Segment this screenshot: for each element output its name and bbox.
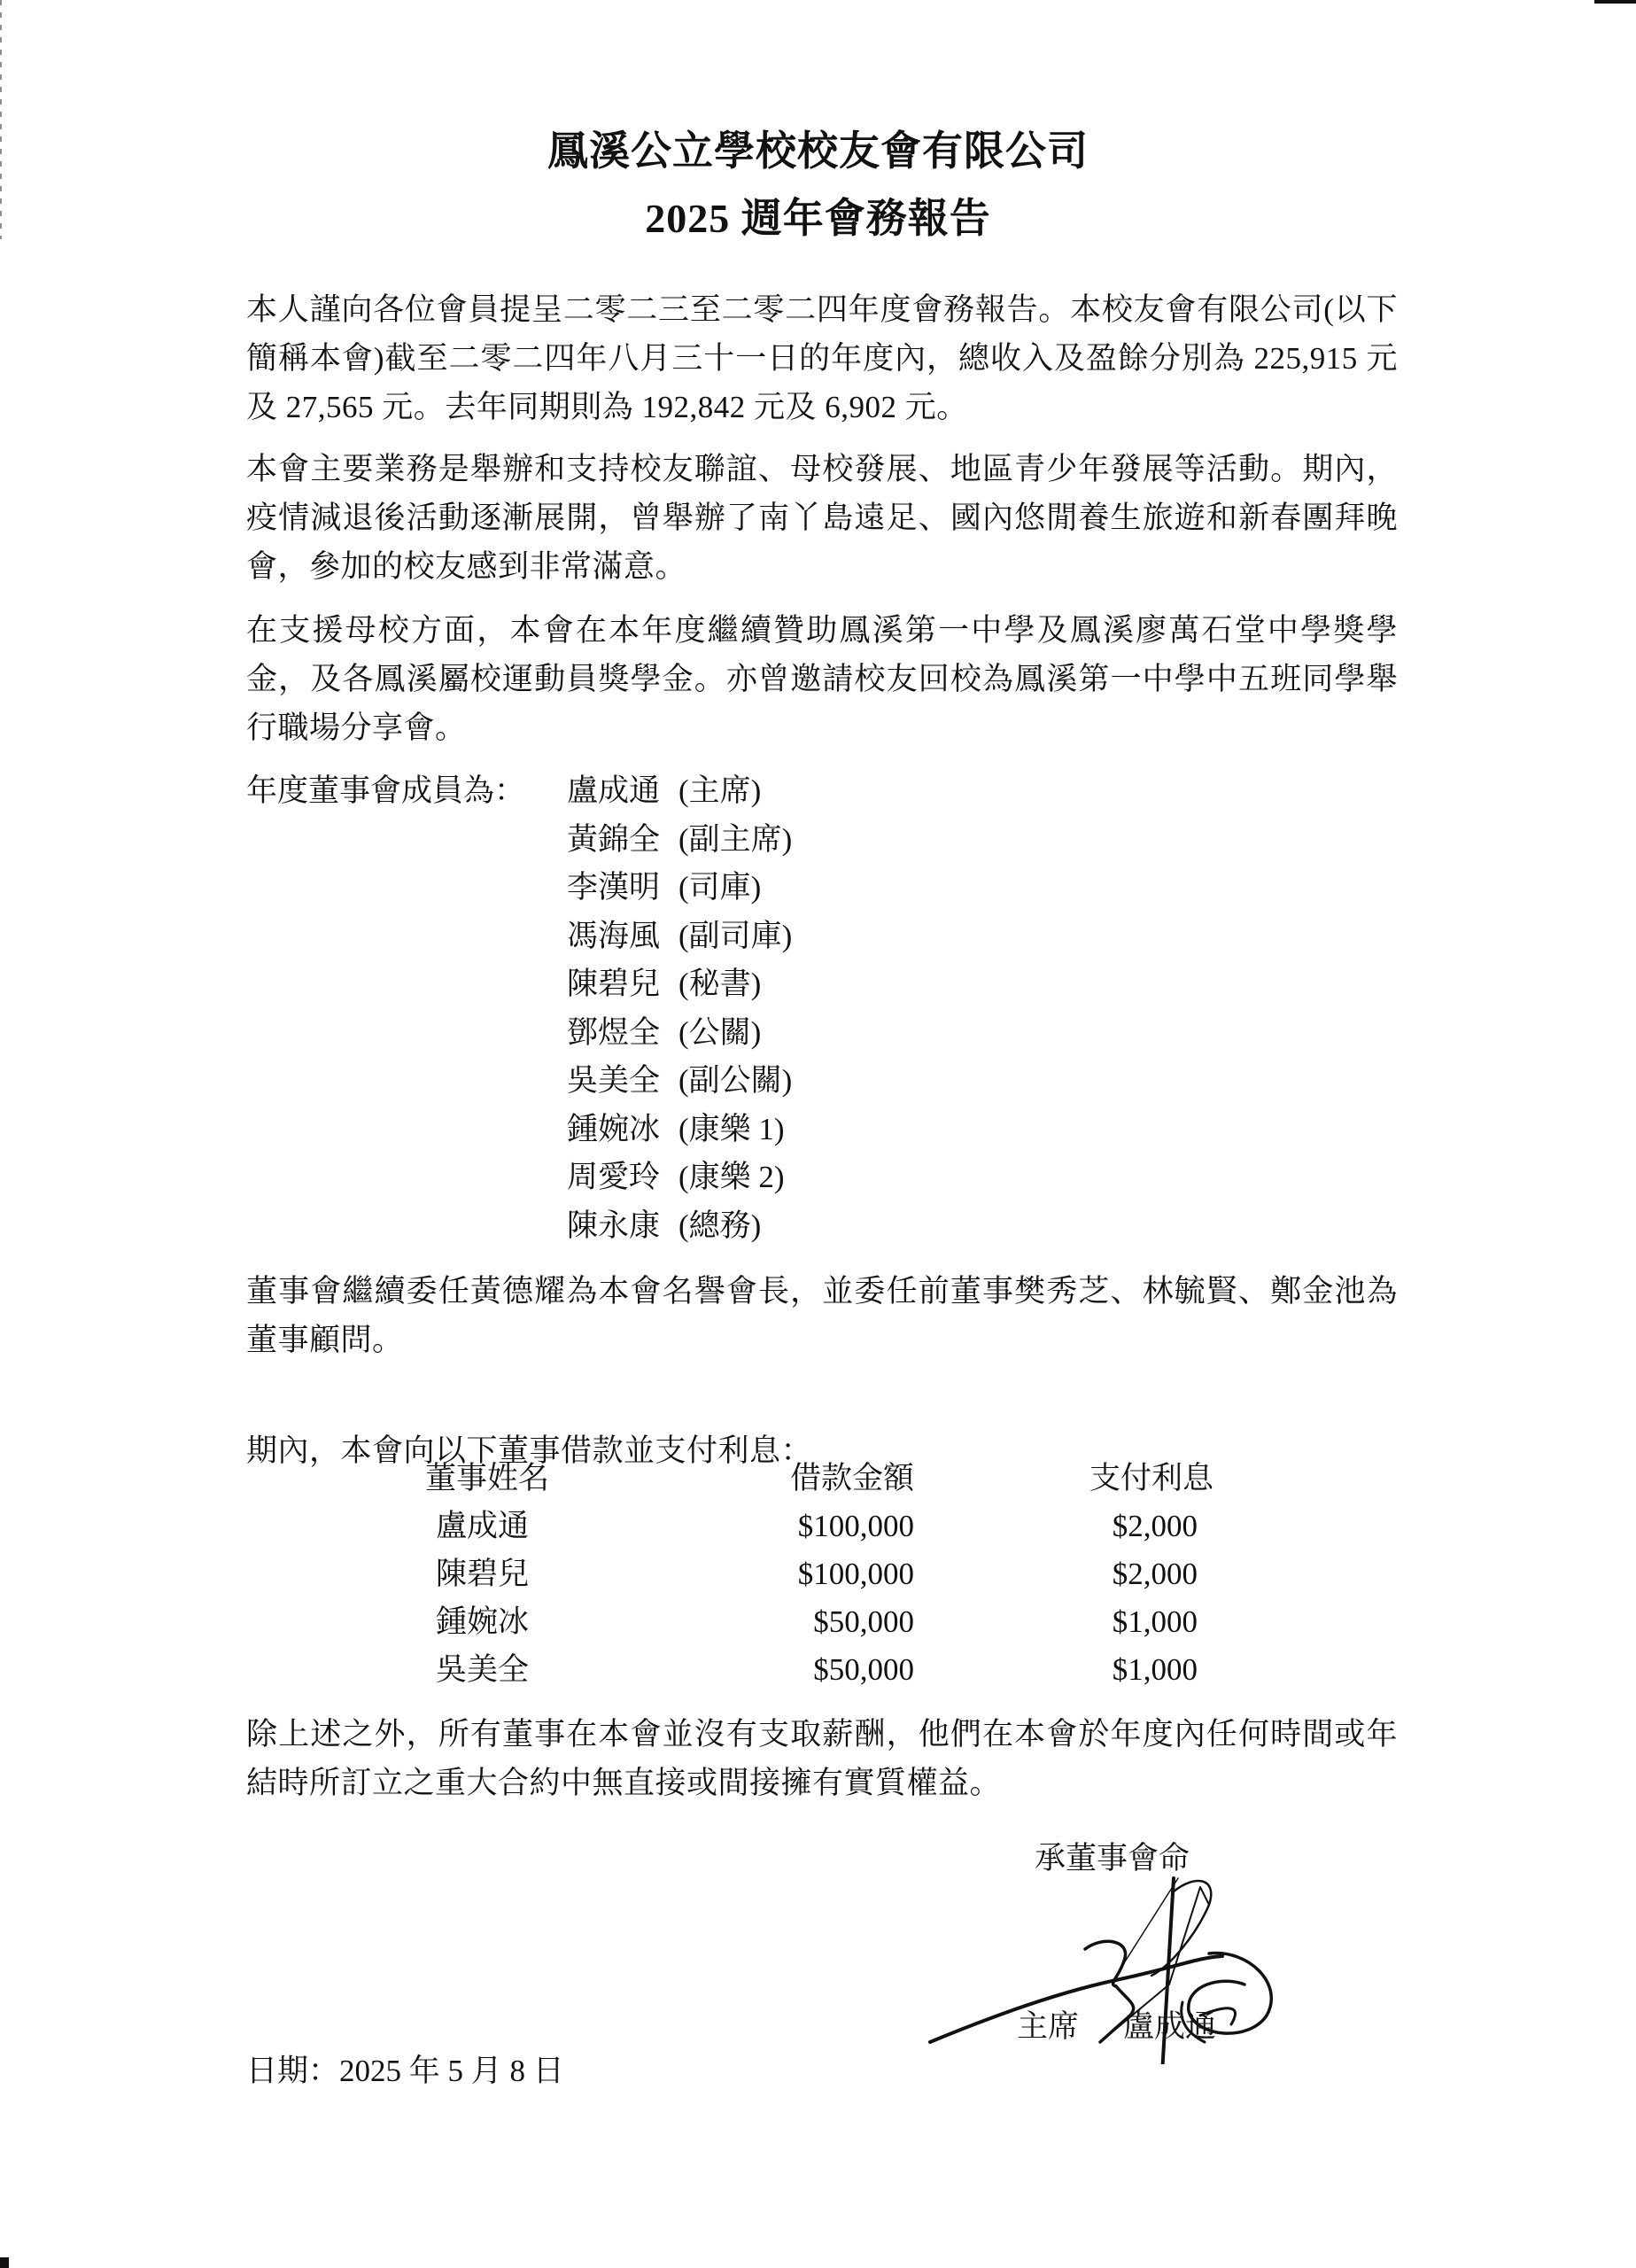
- director-loans-table: 董事姓名 借款金額 支付利息 盧成通 $100,000 $2,000 陳碧兒 $…: [425, 1455, 1213, 1694]
- document-subtitle: 2025 週年會務報告: [0, 198, 1636, 239]
- table-row: 盧成通 $100,000 $2,000: [425, 1503, 1213, 1550]
- member-name: 吳美全: [567, 1057, 673, 1106]
- cell-interest-paid: $1,000: [914, 1598, 1213, 1646]
- member-name: 馮海風: [567, 913, 673, 961]
- member-role: (康樂 1): [678, 1112, 785, 1146]
- document-title: 鳳溪公立學校校友會有限公司: [0, 131, 1636, 172]
- cell-loan-amount: $50,000: [684, 1598, 914, 1646]
- member-name: 黃錦全: [567, 816, 673, 865]
- board-member: 黃錦全(副主席): [567, 816, 792, 865]
- member-role: (主席): [678, 773, 761, 808]
- member-name: 鍾婉冰: [567, 1106, 673, 1154]
- board-member: 盧成通(主席): [567, 767, 792, 816]
- member-name: 盧成通: [567, 767, 673, 816]
- cell-director-name: 吳美全: [425, 1646, 684, 1694]
- member-name: 鄧煜全: [567, 1009, 673, 1058]
- member-name: 陳永康: [567, 1202, 673, 1251]
- board-member: 鄧煜全(公關): [567, 1009, 792, 1058]
- cell-director-name: 盧成通: [425, 1503, 684, 1550]
- column-header-interest-paid: 支付利息: [914, 1455, 1213, 1503]
- document-page: 鳳溪公立學校校友會有限公司 2025 週年會務報告 本人謹向各位會員提呈二零二三…: [0, 0, 1636, 2268]
- table-header-row: 董事姓名 借款金額 支付利息: [425, 1455, 1213, 1503]
- report-date: 日期：2025 年 5 月 8 日: [246, 2047, 564, 2091]
- member-role: (副司庫): [678, 919, 792, 953]
- board-member: 周愛玲(康樂 2): [567, 1153, 792, 1202]
- scan-artifact-bottom-left: [0, 2257, 9, 2268]
- member-role: (公關): [678, 1015, 761, 1050]
- board-member: 李漢明(司庫): [567, 864, 792, 913]
- scan-artifact-top-right: [1594, 0, 1636, 4]
- cell-director-name: 陳碧兒: [425, 1550, 684, 1598]
- member-name: 李漢明: [567, 864, 673, 913]
- member-role: (康樂 2): [678, 1160, 785, 1194]
- member-name: 陳碧兒: [567, 960, 673, 1009]
- column-header-director-name: 董事姓名: [425, 1455, 684, 1503]
- board-members-label: 年度董事會成員為：: [246, 767, 525, 816]
- cell-loan-amount: $100,000: [684, 1550, 914, 1598]
- member-role: (副主席): [678, 822, 792, 857]
- board-member: 馮海風(副司庫): [567, 913, 792, 961]
- cell-interest-paid: $1,000: [914, 1646, 1213, 1694]
- board-members-list: 盧成通(主席) 黃錦全(副主席) 李漢明(司庫) 馮海風(副司庫) 陳碧兒(秘書…: [567, 767, 792, 1250]
- board-member: 陳碧兒(秘書): [567, 960, 792, 1009]
- column-header-loan-amount: 借款金額: [684, 1455, 914, 1503]
- paragraph-financial-summary: 本人謹向各位會員提呈二零二三至二零二四年度會務報告。本校友會有限公司(以下簡稱本…: [246, 285, 1398, 431]
- handwritten-signature-icon: [903, 1852, 1293, 2064]
- table-row: 陳碧兒 $100,000 $2,000: [425, 1550, 1213, 1598]
- paragraph-activities: 本會主要業務是舉辦和支持校友聯誼、母校發展、地區青少年發展等活動。期內，疫情減退…: [246, 445, 1398, 591]
- member-name: 周愛玲: [567, 1153, 673, 1202]
- board-member: 吳美全(副公關): [567, 1057, 792, 1106]
- cell-interest-paid: $2,000: [914, 1503, 1213, 1550]
- cell-loan-amount: $100,000: [684, 1503, 914, 1550]
- member-role: (副公關): [678, 1063, 792, 1098]
- cell-director-name: 鍾婉冰: [425, 1598, 684, 1646]
- paragraph-disclosure: 除上述之外，所有董事在本會並沒有支取薪酬，他們在本會於年度內任何時間或年結時所訂…: [246, 1710, 1398, 1807]
- board-member: 陳永康(總務): [567, 1202, 792, 1251]
- member-role: (總務): [678, 1208, 761, 1243]
- paragraph-appointments: 董事會繼續委任黃德耀為本會名譽會長，並委任前董事樊秀芝、林毓賢、鄭金池為董事顧問…: [246, 1267, 1398, 1364]
- member-role: (秘書): [678, 967, 761, 1001]
- cell-interest-paid: $2,000: [914, 1550, 1213, 1598]
- table-row: 鍾婉冰 $50,000 $1,000: [425, 1598, 1213, 1646]
- member-role: (司庫): [678, 870, 761, 905]
- cell-loan-amount: $50,000: [684, 1646, 914, 1694]
- paragraph-school-support: 在支援母校方面，本會在本年度繼續贊助鳳溪第一中學及鳳溪廖萬石堂中學獎學金，及各鳳…: [246, 606, 1398, 752]
- table-row: 吳美全 $50,000 $1,000: [425, 1646, 1213, 1694]
- board-member: 鍾婉冰(康樂 1): [567, 1106, 792, 1154]
